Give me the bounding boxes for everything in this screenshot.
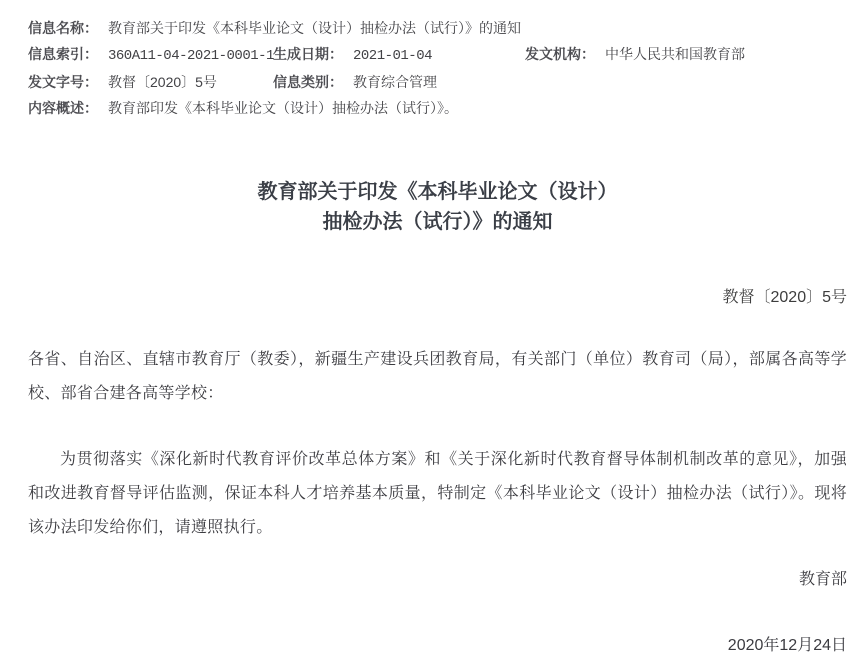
document-page: 信息名称： 教育部关于印发《本科毕业论文（设计）抽检办法（试行）》的通知 信息索… [0, 0, 861, 663]
document-number: 教督〔2020〕5号 [28, 287, 847, 309]
meta-value-index: 360A11-04-2021-0001-1 [108, 43, 274, 69]
meta-value-gen-date: 2021-01-04 [353, 43, 432, 69]
meta-cell-category: 信息类别： 教育综合管理 [273, 69, 847, 95]
issue-date: 2020年12月24日 [28, 635, 847, 657]
signature: 教育部 [28, 569, 847, 591]
meta-value-agency: 中华人民共和国教育部 [605, 41, 745, 67]
meta-value-name: 教育部关于印发《本科毕业论文（设计）抽检办法（试行）》的通知 [108, 15, 521, 41]
document-title-line2: 抽检办法（试行）》的通知 [28, 207, 847, 237]
meta-row-index-date-agency: 信息索引： 360A11-04-2021-0001-1 生成日期： 2021-0… [28, 41, 847, 69]
meta-row-name: 信息名称： 教育部关于印发《本科毕业论文（设计）抽检办法（试行）》的通知 [28, 15, 847, 41]
meta-value-category: 教育综合管理 [353, 69, 437, 95]
meta-cell-summary: 内容概述： 教育部印发《本科毕业论文（设计）抽检办法（试行）》。 [28, 95, 458, 121]
info-meta-table: 信息名称： 教育部关于印发《本科毕业论文（设计）抽检办法（试行）》的通知 信息索… [28, 15, 847, 121]
document-title-line1: 教育部关于印发《本科毕业论文（设计） [28, 177, 847, 207]
document-title: 教育部关于印发《本科毕业论文（设计） 抽检办法（试行）》的通知 [28, 177, 847, 237]
meta-value-summary: 教育部印发《本科毕业论文（设计）抽检办法（试行）》。 [108, 95, 458, 121]
meta-label-summary: 内容概述： [28, 95, 98, 121]
meta-row-docno-category: 发文字号： 教督〔2020〕5号 信息类别： 教育综合管理 [28, 69, 847, 95]
salutation-paragraph: 各省、自治区、直辖市教育厅（教委），新疆生产建设兵团教育局，有关部门（单位）教育… [28, 343, 847, 411]
meta-row-summary: 内容概述： 教育部印发《本科毕业论文（设计）抽检办法（试行）》。 [28, 95, 847, 121]
meta-label-name: 信息名称： [28, 15, 98, 41]
meta-label-agency: 发文机构： [525, 41, 595, 67]
meta-cell-agency: 发文机构： 中华人民共和国教育部 [525, 41, 847, 67]
meta-label-docno: 发文字号： [28, 69, 98, 95]
meta-label-gen-date: 生成日期： [273, 41, 343, 67]
meta-cell-gen-date: 生成日期： 2021-01-04 [273, 41, 525, 69]
meta-label-category: 信息类别： [273, 69, 343, 95]
body-paragraph: 为贯彻落实《深化新时代教育评价改革总体方案》和《关于深化新时代教育督导体制机制改… [28, 443, 847, 545]
meta-cell-index: 信息索引： 360A11-04-2021-0001-1 [28, 41, 273, 69]
meta-label-index: 信息索引： [28, 41, 98, 67]
meta-value-docno: 教督〔2020〕5号 [108, 69, 217, 95]
meta-cell-name: 信息名称： 教育部关于印发《本科毕业论文（设计）抽检办法（试行）》的通知 [28, 15, 521, 41]
meta-cell-docno: 发文字号： 教督〔2020〕5号 [28, 69, 273, 95]
